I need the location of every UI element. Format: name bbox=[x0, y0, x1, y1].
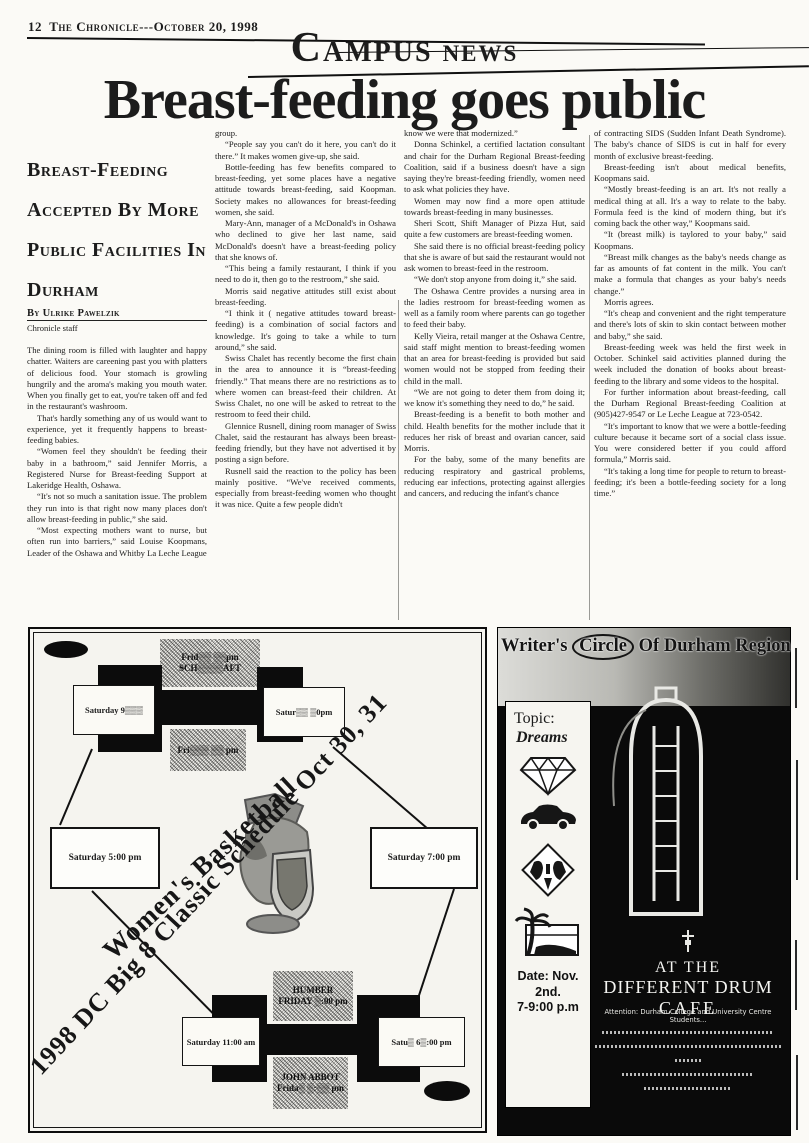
ad-illegible-text-lines bbox=[593, 1020, 783, 1090]
newspaper-page: 12 The Chronicle---October 20, 1998 CAMP… bbox=[0, 0, 809, 1143]
article-paragraph: She said there is no official breast-fee… bbox=[404, 241, 585, 275]
ad-title: Writer's Circle Of Durham Region bbox=[501, 636, 789, 657]
article-paragraph: “People say you can't do it here, you ca… bbox=[215, 139, 396, 162]
ad-title-circled-word: Circle bbox=[572, 634, 634, 660]
topic-label: Topic: bbox=[506, 710, 555, 728]
matchup-box-left: Saturday 11:00 am bbox=[182, 1017, 260, 1066]
article-paragraph: Morris agrees. bbox=[594, 297, 786, 308]
semifinal-box-right: Saturday 7:00 pm bbox=[370, 827, 478, 889]
illegible-line bbox=[644, 1087, 732, 1090]
game-time: Frida▒ ▒:▒▒ pm bbox=[273, 1083, 348, 1094]
article-paragraph: “It's important to know that we were a b… bbox=[594, 421, 786, 466]
article-paragraph: That's hardly something any of us would … bbox=[27, 413, 207, 447]
game-time: FRIDAY ▒:00 pm bbox=[273, 996, 353, 1007]
article-paragraph: group. bbox=[215, 128, 396, 139]
ad-venue: AT THE DIFFERENT DRUM CAFE bbox=[593, 928, 783, 1019]
matchup-top-label: HUMBER FRIDAY ▒:00 pm bbox=[273, 971, 353, 1021]
matchup-box-right: Satu▒ 6▒:00 pm bbox=[378, 1017, 465, 1067]
article-paragraph: Breast-feeding isn't about medical benef… bbox=[594, 162, 786, 185]
article-paragraph: Donna Schinkel, a certified lactation co… bbox=[404, 139, 585, 195]
article-column-3: know we were that modernized.”Donna Schi… bbox=[404, 128, 585, 622]
game-time: Saturday 7:00 pm bbox=[388, 853, 461, 863]
article-paragraph: “I think it ( negative attitudes toward … bbox=[215, 308, 396, 353]
article-paragraph: Kelly Vieira, retail manger at the Oshaw… bbox=[404, 331, 585, 387]
faces-icon bbox=[516, 838, 580, 900]
ad-time-line: 7-9:00 p.m bbox=[506, 1000, 590, 1016]
illegible-line bbox=[622, 1073, 754, 1076]
headline: Breast-feeding goes public bbox=[0, 68, 809, 132]
team-name: HUMBER bbox=[273, 985, 353, 996]
article-paragraph: Women may now find a more open attitude … bbox=[404, 196, 585, 219]
basketball-tournament-ad: Frid▒▒ ▒▒pm SCH▒▒▒▒AFT Saturday 9▒▒▒ Sat… bbox=[28, 627, 487, 1133]
article-paragraph: Glennice Rusnell, dining room manager of… bbox=[215, 421, 396, 466]
column-rule bbox=[398, 300, 399, 620]
section-name: AMPUS bbox=[323, 37, 433, 68]
byline-credit: Chronicle staff bbox=[27, 323, 78, 333]
article-paragraph: “It's taking a long time for people to r… bbox=[594, 466, 786, 500]
column-rule bbox=[589, 135, 590, 620]
bottle-icon bbox=[606, 686, 726, 941]
scan-mark bbox=[796, 1055, 798, 1130]
ad-date-line1: Date: Nov. 2nd. bbox=[506, 969, 590, 1000]
game-time: Saturday 5:00 pm bbox=[69, 853, 142, 863]
bracket-block bbox=[267, 1024, 357, 1055]
article-paragraph: “Most expecting mothers want to nurse, b… bbox=[27, 525, 207, 559]
scan-mark bbox=[795, 940, 797, 1010]
article-paragraph: Morris said negative attitudes still exi… bbox=[215, 286, 396, 309]
topic-value: Dreams bbox=[506, 729, 568, 747]
scan-mark bbox=[796, 760, 798, 880]
article-paragraph: “It's cheap and convenient and the right… bbox=[594, 308, 786, 342]
article-paragraph: “Women feel they shouldn't be feeding th… bbox=[27, 446, 207, 491]
article-paragraph: Breast-feeding is a benefit to both moth… bbox=[404, 409, 585, 454]
illegible-line bbox=[595, 1045, 781, 1048]
article-column-2: group.“People say you can't do it here, … bbox=[215, 128, 396, 622]
game-time: Satu▒ 6▒:00 pm bbox=[391, 1037, 451, 1047]
matchup-bottom-label: JOHN ABBOT Frida▒ ▒:▒▒ pm bbox=[273, 1057, 348, 1109]
car-icon bbox=[517, 803, 579, 831]
byline: By Ulrike Pawelzik bbox=[27, 308, 207, 321]
venue-line2: DIFFERENT DRUM bbox=[593, 977, 783, 998]
article-column-1: The dining room is filled with laughter … bbox=[27, 345, 207, 623]
ad-date: Date: Nov. 2nd. 7-9:00 p.m bbox=[506, 969, 590, 1016]
palm-tree-icon bbox=[514, 907, 582, 959]
article-paragraph: “It (breast milk) is taylored to your ba… bbox=[594, 229, 786, 252]
team-name: JOHN ABBOT bbox=[273, 1072, 348, 1083]
article-paragraph: “Mostly breast-feeding is an art. It's n… bbox=[594, 184, 786, 229]
article-paragraph: Breast-feeding week was held the first w… bbox=[594, 342, 786, 387]
article-paragraph: The dining room is filled with laughter … bbox=[27, 345, 207, 413]
illegible-line bbox=[675, 1059, 701, 1062]
game-time: Saturday 11:00 am bbox=[187, 1037, 255, 1047]
ad-title-post: Of Durham Region bbox=[639, 636, 791, 656]
article-paragraph: Rusnell said the reaction to the policy … bbox=[215, 466, 396, 511]
article-deck: Breast-Feeding Accepted By More Public F… bbox=[27, 150, 207, 310]
section-initial: C bbox=[291, 25, 323, 71]
illegible-line bbox=[602, 1031, 774, 1034]
article-paragraph: of contracting SIDS (Sudden Infant Death… bbox=[594, 128, 786, 162]
scan-mark bbox=[795, 648, 797, 708]
venue-line1: AT THE bbox=[593, 959, 783, 977]
article-paragraph: “We don't stop anyone from doing it,” sh… bbox=[404, 274, 585, 285]
writers-circle-ad: Writer's Circle Of Durham Region Topic: … bbox=[497, 627, 791, 1136]
article-paragraph: “This being a family restaurant, I think… bbox=[215, 263, 396, 286]
article-paragraph: For the baby, some of the many benefits … bbox=[404, 454, 585, 499]
article-paragraph: know we were that modernized.” bbox=[404, 128, 585, 139]
section-name-2: NEWS bbox=[443, 41, 519, 66]
ad-title-pre: Writer's bbox=[501, 636, 567, 656]
article-paragraph: Sheri Scott, Shift Manager of Pizza Hut,… bbox=[404, 218, 585, 241]
article-paragraph: “It's not so much a sanitation issue. Th… bbox=[27, 491, 207, 525]
article-paragraph: “Breast milk changes as the baby's needs… bbox=[594, 252, 786, 297]
lamp-icon bbox=[680, 928, 696, 954]
semifinal-box-left: Saturday 5:00 pm bbox=[50, 827, 160, 889]
ad-side-panel: Topic: Dreams bbox=[505, 701, 591, 1108]
article-paragraph: Mary-Ann, manager of a McDonald's in Osh… bbox=[215, 218, 396, 263]
article-paragraph: Swiss Chalet has recently become the fir… bbox=[215, 353, 396, 421]
article-column-4: of contracting SIDS (Sudden Infant Death… bbox=[594, 128, 786, 622]
section-header: CAMPUSNEWS bbox=[0, 28, 809, 69]
article-paragraph: “We are not going to deter them from doi… bbox=[404, 387, 585, 410]
article-paragraph: For further information about breast-fee… bbox=[594, 387, 786, 421]
article-paragraph: Bottle-feeding has few benefits compared… bbox=[215, 162, 396, 218]
article-paragraph: The Oshawa Centre provides a nursing are… bbox=[404, 286, 585, 331]
gem-icon bbox=[519, 754, 577, 796]
